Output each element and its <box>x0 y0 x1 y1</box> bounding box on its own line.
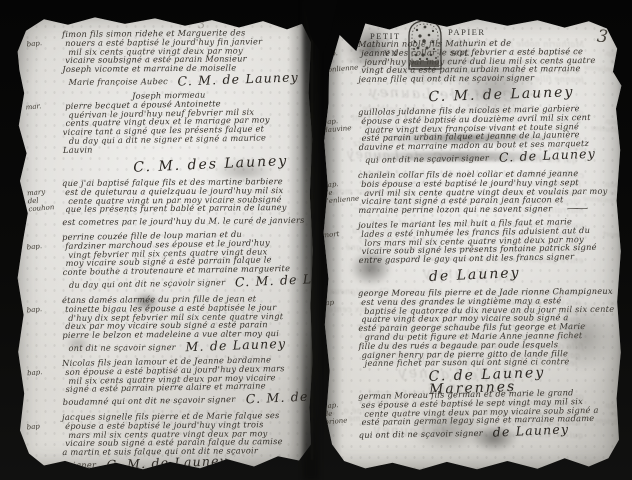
entry-text: Joseph mormeaupierre becquet a épousé An… <box>62 89 309 173</box>
stamp-emblem-icon <box>405 18 445 72</box>
signature-text: C. M. des Launey <box>133 155 289 175</box>
entry-text: german Moreau fils german et de marie le… <box>358 388 617 441</box>
register-entry: bap. dauvineguillolas juldanne fils de n… <box>324 108 616 165</box>
scan-canvas: 3 bap.fimon fils simon ridehe et Marguer… <box>0 0 632 480</box>
entry-text: chanlein collar fils de noel collar et d… <box>358 169 616 215</box>
signature-text: C. M. de Launey <box>178 70 300 87</box>
entry-text: étans damés alarmée du prin fille de jea… <box>62 294 308 353</box>
margin-annotation: bap <box>26 412 63 472</box>
entry-text: jacques signelle fils pierre et de Marie… <box>62 411 308 470</box>
signature-text: de Launey <box>429 267 521 284</box>
pen-flourish: ~ <box>564 204 593 213</box>
page-gutter-crease <box>311 30 313 460</box>
margin-annotation: bap. de brione <box>322 391 358 442</box>
register-entry: mortjouites le mariant les mil huit a fi… <box>324 221 616 283</box>
handwritten-line: ont dit ne sçavoir signerM. de Launey <box>68 338 308 353</box>
register-entry: bap. de brionegerman Moreau fils german … <box>324 392 616 440</box>
entry-text: fimon fils simon ridehe et Marguerite de… <box>62 28 308 87</box>
signature-text: C. M. de Launey <box>428 86 574 104</box>
stamp-text-papier: PAPIER <box>448 27 486 37</box>
entry-text: jouites le mariant les mil huit a fils f… <box>358 216 617 282</box>
register-entry: bap.perrine couzée fille de loup marian … <box>28 233 308 290</box>
margin-annotation: bap <box>320 288 360 388</box>
signature-text: de Launey <box>493 423 570 439</box>
signature-text: C. M. de Launey <box>106 454 228 471</box>
margin-annotation: mort <box>321 220 358 285</box>
handwritten-line: Marie françoise AubecC. M. de Launey <box>68 72 308 87</box>
right-page: bap. de conlienneMathurin noble fils Mat… <box>320 12 622 472</box>
signature-text: C. de Launey <box>499 147 597 164</box>
faint-ink-mark: 3 <box>197 18 205 32</box>
signature-row: C. M. de Launey <box>418 83 616 100</box>
margin-annotation: bap. <box>26 294 63 354</box>
handwritten-line: marraine perrine lozon qui ne savent sig… <box>358 204 616 215</box>
entry-text: guillolas juldanne fils de nicolas et ma… <box>358 103 617 164</box>
signature-row: C. de Launey Marennes <box>419 367 617 384</box>
left-page: 3 bap.fimon fils simon ridehe et Marguer… <box>14 10 314 472</box>
folio-number-small: 2 <box>600 16 607 27</box>
margin-annotation: bap. <box>26 29 63 89</box>
register-entry: bap.fimon fils simon ridehe et Marguerit… <box>28 30 308 87</box>
register-entry: bap.Nicolas fils jean lamour et de Jeann… <box>28 359 308 407</box>
margin-annotation: bap. dauvine <box>322 107 359 167</box>
margin-annotation: mary del couhon <box>26 177 62 228</box>
fiscal-stamp: PETIT VN PAPIER SOL. <box>366 18 566 80</box>
stamp-text-petit: PETIT <box>370 31 401 41</box>
entry-text: george Moreau fils pierre et de Jade rio… <box>358 287 617 386</box>
signature-row: de Launey <box>419 261 617 279</box>
register-entry: mary del couhonque j'ai baptisé falque f… <box>28 179 308 227</box>
margin-annotation: bap. de l'enlienne <box>322 170 358 217</box>
register-entry: bap.étans damés alarmée du prin fille de… <box>28 296 308 353</box>
entry-text: Nicolas fils jean lamour et de Jeanne ba… <box>62 353 367 406</box>
register-entry: bapjacques signelle fils pierre et de Ma… <box>28 413 308 470</box>
left-page-entries: bap.fimon fils simon ridehe et Marguerit… <box>14 10 314 470</box>
margin-annotation: mar. <box>25 92 64 174</box>
stamp-text-un: VN <box>384 49 399 58</box>
register-entry: bapgeorge Moreau fils pierre et de Jade … <box>324 289 616 386</box>
register-entry: mar.Joseph mormeaupierre becquet a épous… <box>28 93 308 173</box>
margin-annotation: bap. <box>26 231 63 291</box>
signature-row: C. M. des Launey <box>123 151 309 169</box>
stamp-text-sol: SOL. <box>451 49 474 58</box>
register-entry: bap. de l'enliennechanlein collar fils d… <box>324 171 616 215</box>
margin-annotation: bap. <box>26 357 62 408</box>
signature-text: M. de Launey <box>186 336 287 353</box>
margin-annotation: bap. de conlienne <box>321 39 358 104</box>
handwritten-line: signerC. M. de Launey <box>68 455 308 470</box>
folio-number-large: 3 <box>596 26 609 47</box>
